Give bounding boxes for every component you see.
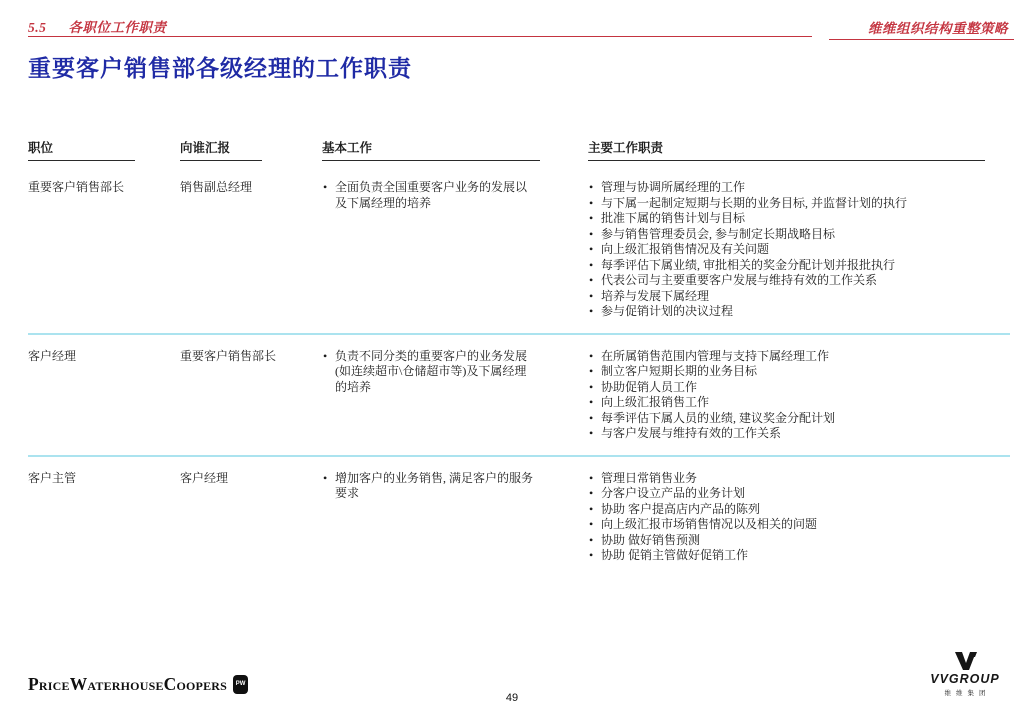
- cell-responsibilities: 管理与协调所属经理的工作与下属一起制定短期与长期的业务目标, 并监督计划的执行批…: [588, 164, 1010, 320]
- column-header-position: 职位: [28, 138, 135, 161]
- header-rule-left: [28, 36, 812, 37]
- column-header-reports-to: 向谁汇报: [180, 138, 262, 161]
- section-heading: 5.5各职位工作职责: [28, 16, 166, 36]
- bullet-item: 负责不同分类的重要客户的业务发展(如连续超市\仓储超市等)及下属经理的培养: [322, 349, 536, 396]
- bullet-item: 增加客户的业务销售, 满足客户的服务要求: [322, 471, 536, 502]
- cell-reports-to: 销售副总经理: [180, 164, 322, 320]
- cell-basic-work: 负责不同分类的重要客户的业务发展(如连续超市\仓储超市等)及下属经理的培养: [322, 335, 588, 442]
- bullet-item: 培养与发展下属经理: [588, 289, 1006, 305]
- vvgroup-logo-text: VVGROUP: [919, 672, 1011, 686]
- bullet-item: 与客户发展与维持有效的工作关系: [588, 426, 1006, 442]
- bullet-item: 管理与协调所属经理的工作: [588, 180, 1006, 196]
- cell-position: 重要客户销售部长: [28, 164, 180, 320]
- cell-responsibilities: 在所属销售范围内管理与支持下属经理工作制立客户短期长期的业务目标协助促销人员工作…: [588, 335, 1010, 442]
- bullet-item: 批准下属的销售计划与目标: [588, 211, 1006, 227]
- bullet-item: 每季评估下属业绩, 审批相关的奖金分配计划并报批执行: [588, 258, 1006, 274]
- cell-position: 客户主管: [28, 457, 180, 564]
- bullet-item: 向上级汇报销售工作: [588, 395, 1006, 411]
- bullet-item: 参与销售管理委员会, 参与制定长期战略目标: [588, 227, 1006, 243]
- responsibilities-table: 职位 向谁汇报 基本工作 主要工作职责 重要客户销售部长 销售副总经理 全面负责…: [28, 138, 1010, 564]
- page-title: 重要客户销售部各级经理的工作职责: [28, 50, 412, 83]
- bullet-item: 代表公司与主要重要客户发展与维持有效的工作关系: [588, 273, 1006, 289]
- section-title: 各职位工作职责: [68, 20, 166, 35]
- bullet-item: 在所属销售范围内管理与支持下属经理工作: [588, 349, 1006, 365]
- bullet-item: 协助 做好销售预测: [588, 533, 1006, 549]
- column-header-basic-work: 基本工作: [322, 138, 540, 161]
- bullet-item: 协助促销人员工作: [588, 380, 1006, 396]
- bullet-item: 向上级汇报市场销售情况以及相关的问题: [588, 517, 1006, 533]
- bullet-item: 制立客户短期长期的业务目标: [588, 364, 1006, 380]
- table-header-row: 职位 向谁汇报 基本工作 主要工作职责: [28, 138, 1010, 164]
- cell-reports-to: 重要客户销售部长: [180, 335, 322, 442]
- section-number: 5.5: [28, 20, 46, 35]
- cell-basic-work: 增加客户的业务销售, 满足客户的服务要求: [322, 457, 588, 564]
- bullet-item: 参与促销计划的决议过程: [588, 304, 1006, 320]
- bullet-item: 与下属一起制定短期与长期的业务目标, 并监督计划的执行: [588, 196, 1006, 212]
- cell-responsibilities: 管理日常销售业务分客户设立产品的业务计划协助 客户提高店内产品的陈列向上级汇报市…: [588, 457, 1010, 564]
- table-row: 重要客户销售部长 销售副总经理 全面负责全国重要客户业务的发展以及下属经理的培养…: [28, 164, 1010, 333]
- bullet-item: 全面负责全国重要客户业务的发展以及下属经理的培养: [322, 180, 536, 211]
- page-number: 49: [0, 692, 1024, 704]
- bullet-item: 协助 促销主管做好促销工作: [588, 548, 1006, 564]
- cell-reports-to: 客户经理: [180, 457, 322, 564]
- bullet-item: 协助 客户提高店内产品的陈列: [588, 502, 1006, 518]
- table-row: 客户经理 重要客户销售部长 负责不同分类的重要客户的业务发展(如连续超市\仓储超…: [28, 333, 1010, 455]
- bullet-item: 向上级汇报销售情况及有关问题: [588, 242, 1006, 258]
- slide-page: 5.5各职位工作职责 维维组织结构重整策略 重要客户销售部各级经理的工作职责 职…: [0, 0, 1024, 709]
- vvgroup-logo: VVGROUP 维维集团: [919, 651, 1011, 697]
- header-rule-right: [829, 39, 1014, 40]
- bullet-item: 管理日常销售业务: [588, 471, 1006, 487]
- vvgroup-v-icon: [952, 651, 978, 671]
- table-row: 客户主管 客户经理 增加客户的业务销售, 满足客户的服务要求 管理日常销售业务分…: [28, 455, 1010, 564]
- document-title: 维维组织结构重整策略: [868, 17, 1008, 37]
- cell-position: 客户经理: [28, 335, 180, 442]
- bullet-item: 每季评估下属人员的业绩, 建议奖金分配计划: [588, 411, 1006, 427]
- column-header-responsibilities: 主要工作职责: [588, 138, 985, 161]
- bullet-item: 分客户设立产品的业务计划: [588, 486, 1006, 502]
- vvgroup-logo-subtext: 维维集团: [919, 688, 1011, 697]
- cell-basic-work: 全面负责全国重要客户业务的发展以及下属经理的培养: [322, 164, 588, 320]
